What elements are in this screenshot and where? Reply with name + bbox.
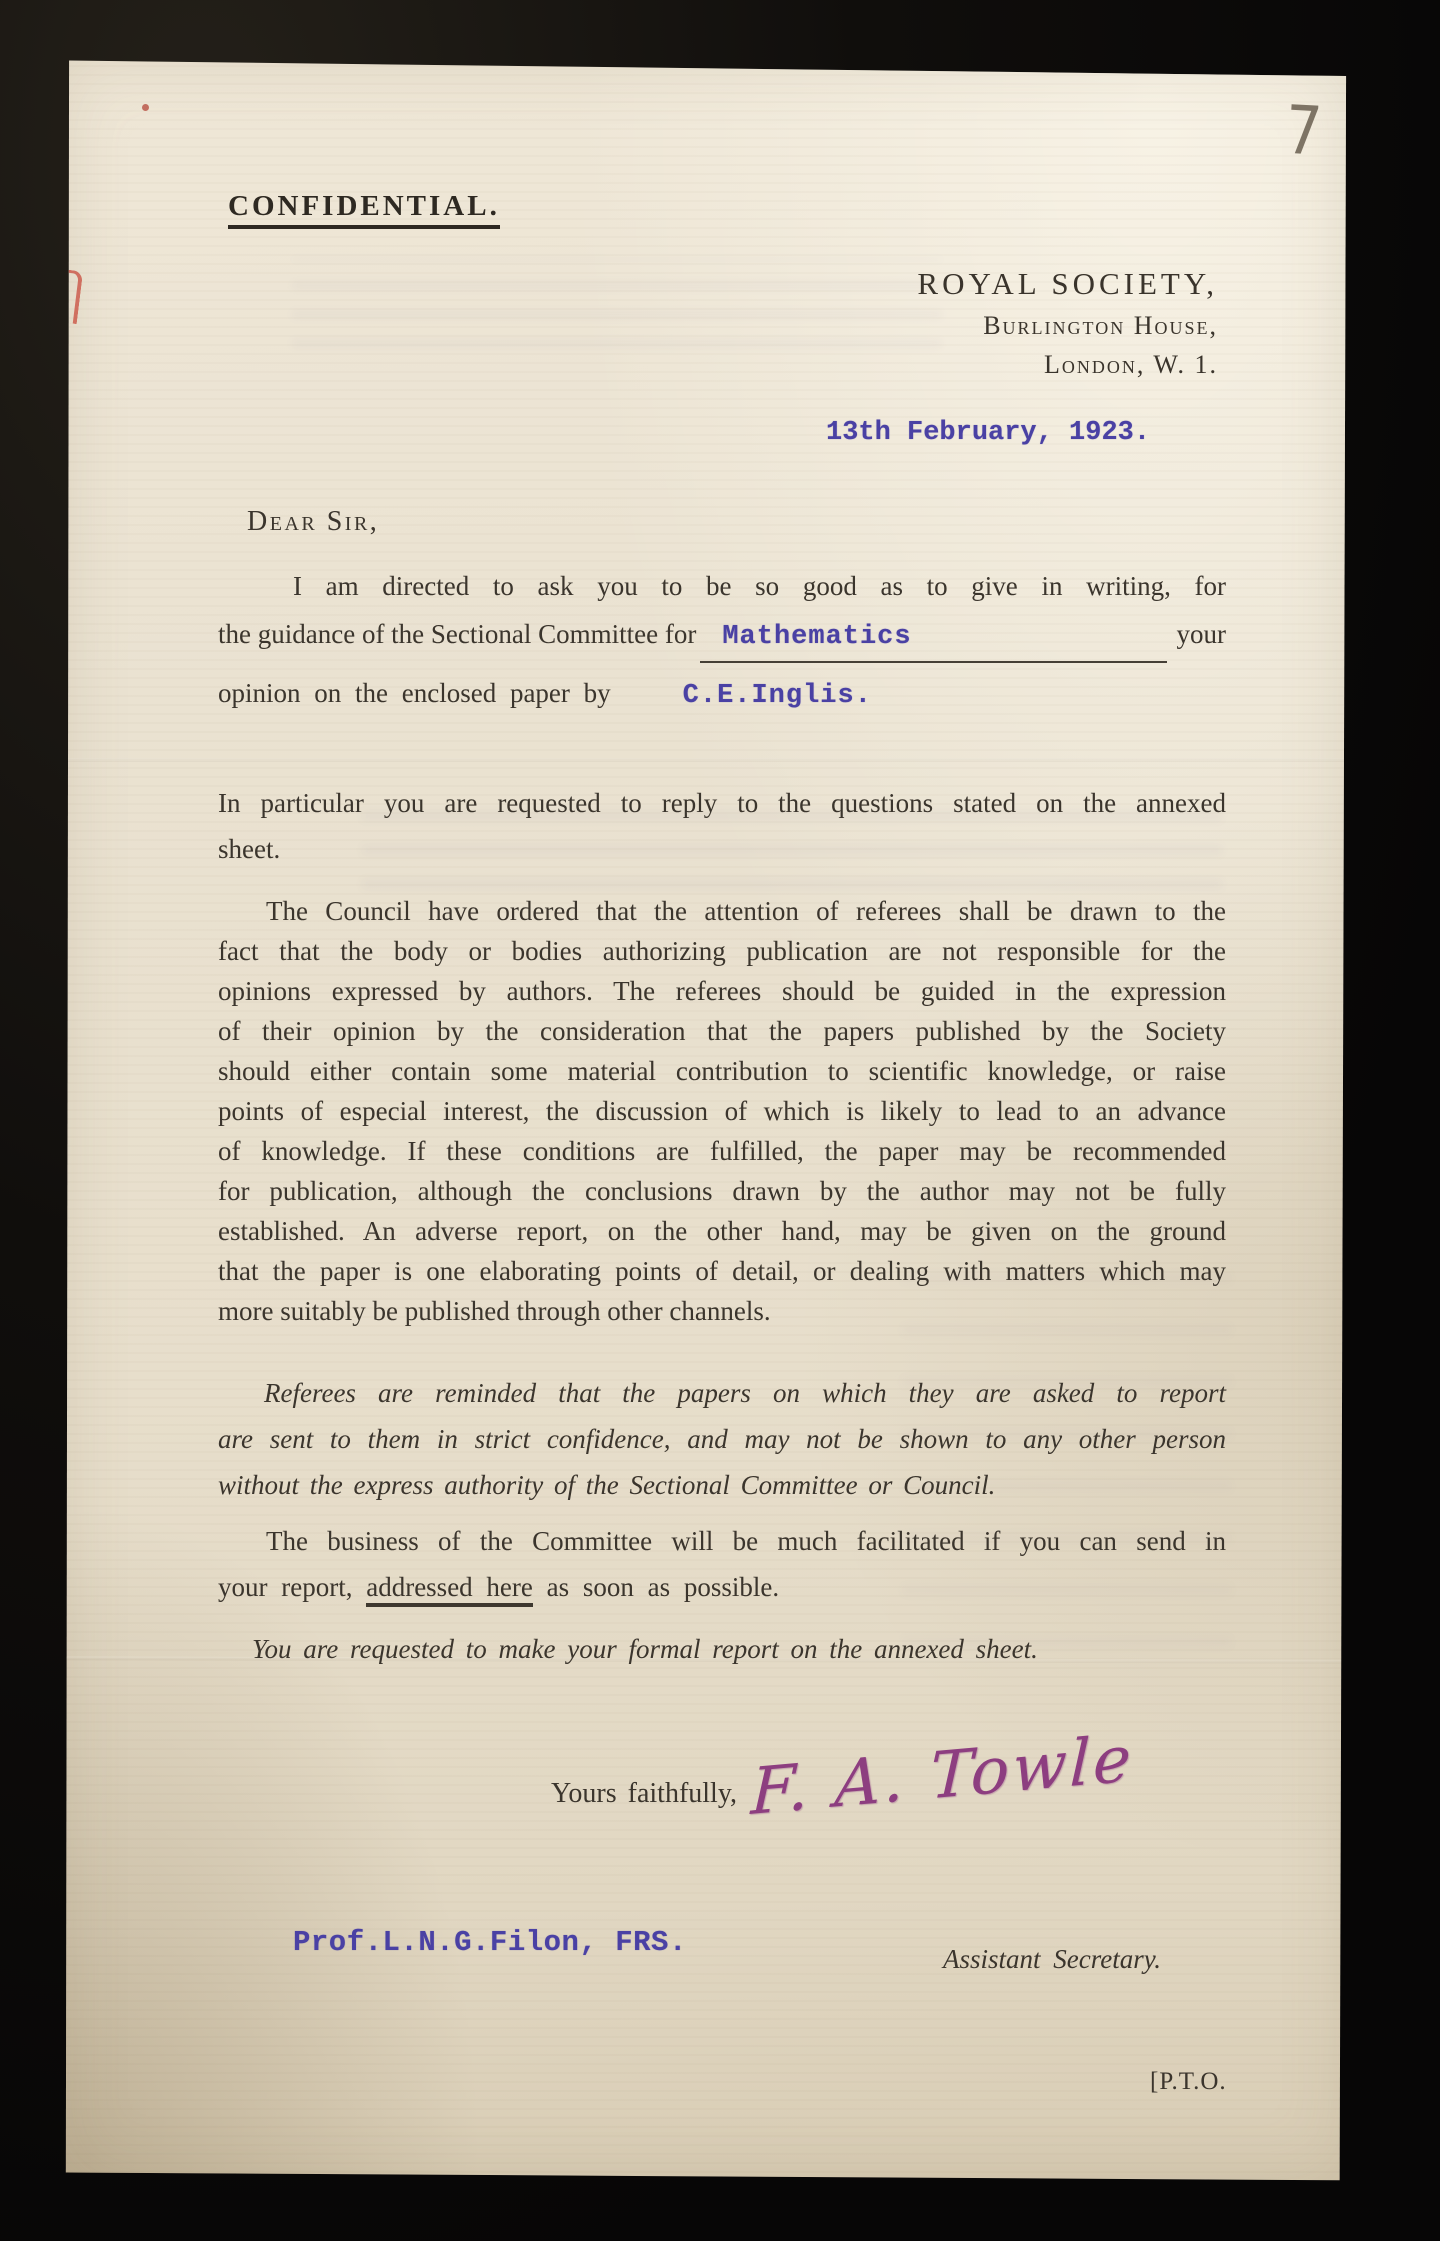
- text-line: The Council have ordered that the attent…: [218, 891, 1226, 931]
- letterhead-address-line2: London, W. 1.: [917, 350, 1218, 380]
- red-ink-dot: [142, 104, 149, 111]
- text-line: I am directed to ask you to be so good a…: [218, 562, 1226, 610]
- text-line: that the paper is one elaborating points…: [218, 1251, 1226, 1291]
- paragraph-particular: In particular you are requested to reply…: [218, 780, 1226, 872]
- salutation: Dear Sir,: [247, 506, 379, 538]
- paragraph-strict-confidence: Referees are reminded that the papers on…: [218, 1370, 1226, 1508]
- paragraph-council-orders: The Council have ordered that the attent…: [218, 891, 1226, 1331]
- committee-blank-line: Mathematics: [700, 610, 1166, 663]
- text-line: of their opinion by the consideration th…: [218, 1011, 1226, 1051]
- red-ink-mark: [55, 269, 83, 324]
- confidential-heading-text: CONFIDENTIAL.: [228, 190, 500, 229]
- text-line: opinions expressed by authors. The refer…: [218, 971, 1226, 1011]
- text-line: of knowledge. If these conditions are fu…: [218, 1131, 1226, 1171]
- text-line: are sent to them in strict confidence, a…: [218, 1416, 1226, 1462]
- text-line: should either contain some material cont…: [218, 1051, 1226, 1091]
- text-line: fact that the body or bodies authorizing…: [218, 931, 1226, 971]
- paragraph-request: I am directed to ask you to be so good a…: [218, 562, 1226, 720]
- letterhead-address-line1: Burlington House,: [917, 311, 1218, 341]
- date-line: 13th February, 1923.: [826, 418, 1150, 448]
- pto-note: [P.T.O.: [1150, 2068, 1227, 2096]
- letterhead: ROYAL SOCIETY, Burlington House, London,…: [917, 266, 1218, 389]
- assistant-secretary-title: Assistant Secretary.: [943, 1944, 1161, 1975]
- page-number-annotation: 7: [1284, 90, 1324, 171]
- committee-line-suffix: your: [1177, 610, 1227, 658]
- text-line-with-blank: the guidance of the Sectional Committee …: [218, 610, 1226, 669]
- letter-page: 7 CONFIDENTIAL. ROYAL SOCIETY, Burlingto…: [62, 58, 1348, 2182]
- committee-line-prefix: the guidance of the Sectional Committee …: [218, 610, 696, 658]
- recipient-name-typed: Prof.L.N.G.Filon, FRS.: [293, 1926, 687, 1959]
- text-line: sheet.: [218, 826, 1226, 872]
- text-line: more suitably be published through other…: [218, 1291, 1226, 1331]
- text-line: your report, addressed here as soon as p…: [218, 1564, 1226, 1610]
- ink-bleed-through: [292, 258, 942, 368]
- fold-crease: [62, 758, 1348, 762]
- text-line: for publication, although the conclusion…: [218, 1171, 1226, 1211]
- text-line: without the express authority of the Sec…: [218, 1462, 1226, 1508]
- letterhead-organization: ROYAL SOCIETY,: [917, 266, 1218, 302]
- photo-background: 7 CONFIDENTIAL. ROYAL SOCIETY, Burlingto…: [0, 0, 1440, 2241]
- committee-name-typed: Mathematics: [700, 622, 911, 652]
- paragraph-business: The business of the Committee will be mu…: [218, 1518, 1226, 1610]
- text-line: Referees are reminded that the papers on…: [218, 1370, 1226, 1416]
- business-line-prefix: your report,: [218, 1572, 366, 1602]
- addressed-here-underlined: addressed here: [366, 1572, 533, 1607]
- text-line: In particular you are requested to reply…: [218, 780, 1226, 826]
- confidential-heading: CONFIDENTIAL.: [228, 190, 500, 223]
- author-line-prefix: opinion on the enclosed paper by: [218, 678, 611, 708]
- author-line: opinion on the enclosed paper byC.E.Ingl…: [218, 669, 1226, 720]
- formal-report-instruction: You are requested to make your formal re…: [218, 1634, 1226, 1665]
- valediction: Yours faithfully,: [551, 1778, 737, 1810]
- text-line: points of especial interest, the discuss…: [218, 1091, 1226, 1131]
- text-line: The business of the Committee will be mu…: [218, 1518, 1226, 1564]
- signature-handwritten: F. A. Towle: [750, 1712, 1251, 1830]
- business-line-suffix: as soon as possible.: [533, 1572, 779, 1602]
- text-line: established. An adverse report, on the o…: [218, 1211, 1226, 1251]
- author-name-typed: C.E.Inglis.: [683, 681, 872, 711]
